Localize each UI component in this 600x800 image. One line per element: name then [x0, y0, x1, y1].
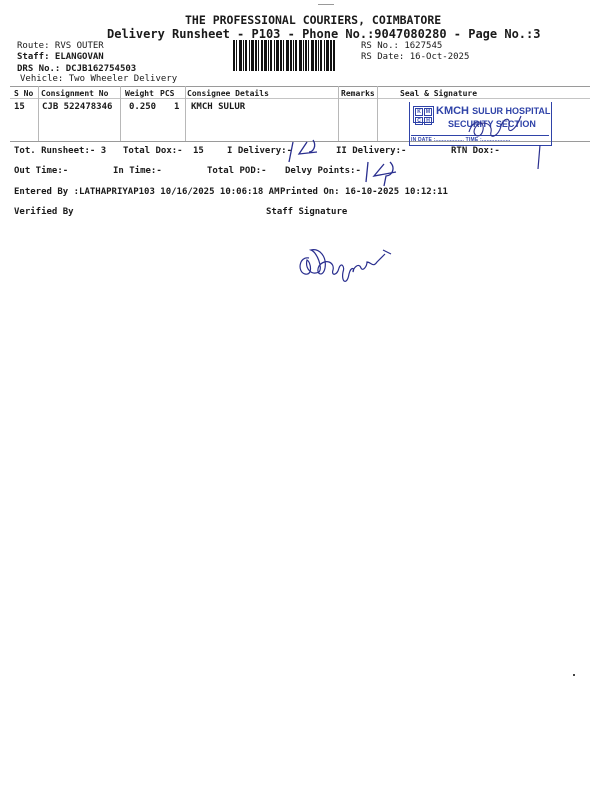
- col-header-consignee: Consignee Details: [187, 89, 269, 98]
- in-time-label: In Time:-: [113, 166, 162, 176]
- stamp-signature-scribble: [465, 112, 525, 142]
- row-sno: 15: [14, 102, 25, 112]
- vehicle-label: Vehicle: Two Wheeler Delivery: [20, 74, 177, 84]
- col-header-weight: Weight: [125, 89, 154, 98]
- total-dox-value: 15: [193, 146, 204, 156]
- col-header-sno: S No: [14, 89, 33, 98]
- row-pcs: 1: [174, 102, 179, 112]
- logo-letter: M: [424, 108, 432, 116]
- row-weight: 0.250: [129, 102, 156, 112]
- col-header-seal: Seal & Signature: [400, 89, 477, 98]
- staff-signature-image: [295, 238, 395, 288]
- row-consignee: KMCH SULUR: [191, 102, 245, 112]
- table-top-border: [10, 86, 590, 87]
- total-pod-label: Total POD:-: [207, 166, 267, 176]
- col-divider: [185, 86, 186, 141]
- delvy-points-handwritten-14: [362, 158, 402, 188]
- entered-by: Entered By :LATHAPRIYAP103 10/16/2025 10…: [14, 187, 280, 197]
- barcode-image: [233, 40, 359, 71]
- col-header-consignment: Consignment No: [41, 89, 108, 98]
- i-delivery-label: I Delivery:-: [227, 146, 292, 156]
- col-divider: [377, 86, 378, 141]
- runsheet-subtitle: Delivery Runsheet - P103 - Phone No.:904…: [107, 27, 540, 41]
- verified-by-label: Verified By: [14, 207, 74, 217]
- stamp-ink-mark: [536, 144, 542, 170]
- route-label: Route: RVS OUTER: [17, 41, 104, 51]
- hospital-security-stamp: K M C H KMCH SULUR HOSPITAL SECURITY SEC…: [409, 102, 552, 146]
- total-dox-label: Total Dox:-: [123, 146, 183, 156]
- logo-letter: K: [415, 108, 423, 116]
- staff-signature-label: Staff Signature: [266, 207, 347, 217]
- logo-letter: H: [424, 117, 432, 125]
- ii-delivery-label: II Delivery:-: [336, 146, 406, 156]
- col-header-remarks: Remarks: [341, 89, 375, 98]
- i-delivery-handwritten-14: [287, 138, 323, 164]
- row-consignment-no: CJB 522478346: [42, 102, 112, 112]
- rs-date: RS Date: 16-Oct-2025: [361, 52, 469, 62]
- delvy-points-label: Delvy Points:-: [285, 166, 361, 176]
- col-divider: [338, 86, 339, 141]
- scan-artifact: [318, 4, 334, 5]
- col-header-pcs: PCS: [160, 89, 174, 98]
- staff-label: Staff: ELANGOVAN: [17, 52, 104, 62]
- drs-number: DRS No.: DCJB162754503: [17, 64, 136, 74]
- col-divider: [38, 86, 39, 141]
- rs-number: RS No.: 1627545: [361, 41, 442, 51]
- table-header-border: [10, 98, 590, 99]
- logo-letter: C: [415, 117, 423, 125]
- rtn-dox-label: RTN Dox:-: [451, 146, 500, 156]
- tot-runsheet: Tot. Runsheet:- 3: [14, 146, 106, 156]
- company-title: THE PROFESSIONAL COURIERS, COIMBATORE: [185, 13, 441, 27]
- printed-on: Printed On: 16-10-2025 10:12:11: [280, 187, 448, 197]
- kmch-logo-icon: K M C H: [413, 106, 434, 123]
- col-divider: [120, 86, 121, 141]
- scan-artifact: [573, 674, 575, 676]
- out-time-label: Out Time:-: [14, 166, 68, 176]
